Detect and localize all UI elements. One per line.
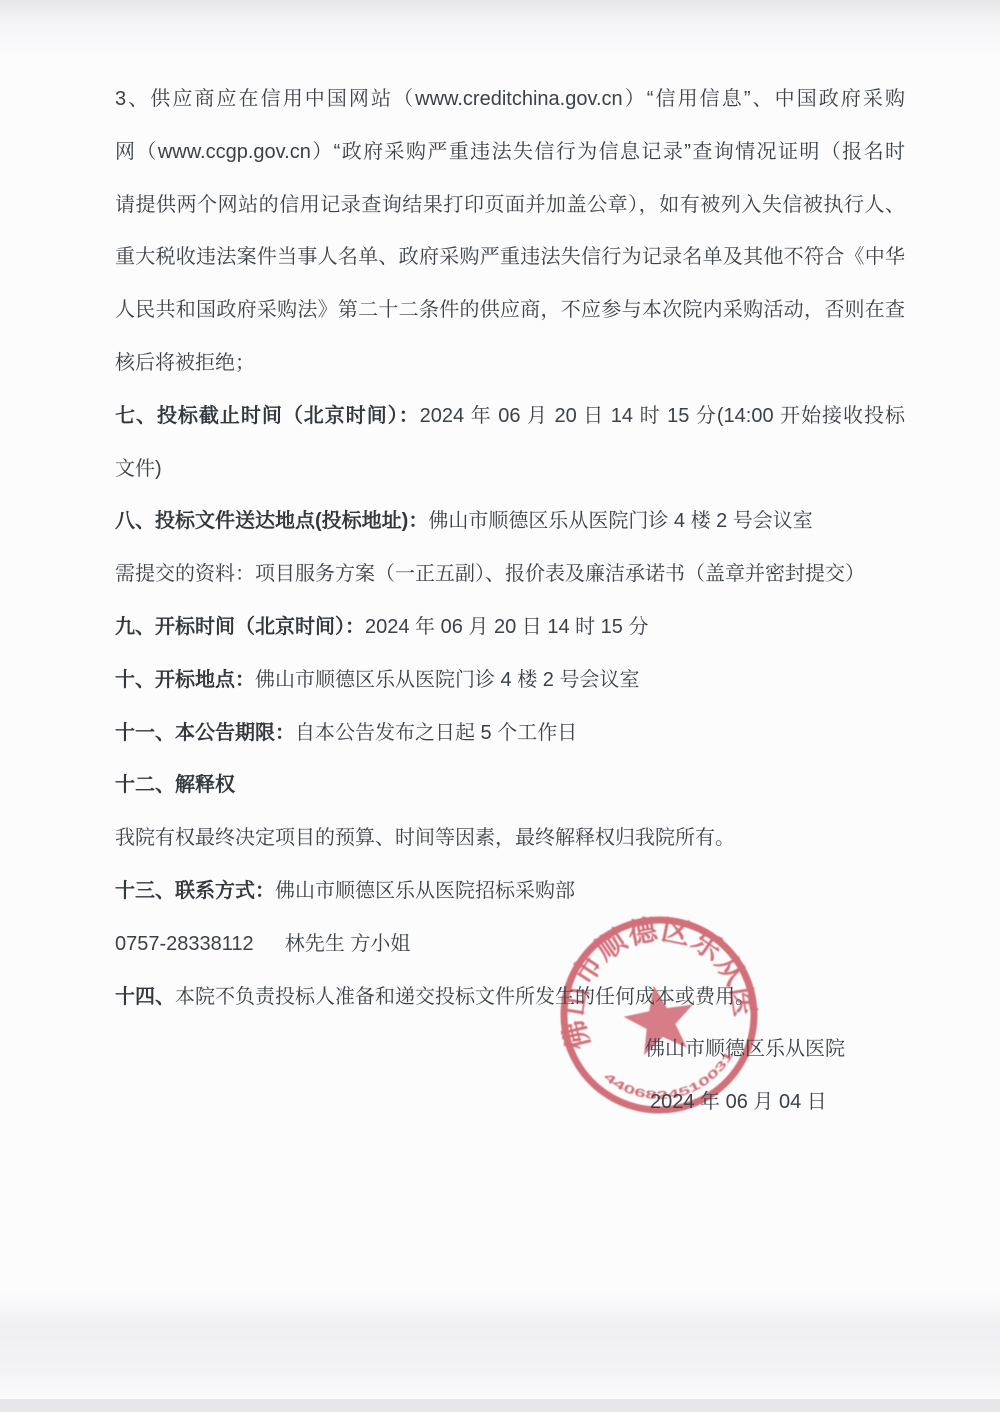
section-interpretation-label: 十二、解释权 xyxy=(115,774,235,796)
section-opening-time-value: 2024 年 06 月 20 日 14 时 15 分 xyxy=(365,616,649,638)
section-bid-deadline: 七、投标截止时间（北京时间）：2024 年 06 月 20 日 14 时 15 … xyxy=(115,390,905,443)
credit-clause-text: 3、供应商应在信用中国网站（www.creditchina.gov.cn）“信用… xyxy=(115,88,905,110)
section-opening-time: 九、开标时间（北京时间）：2024 年 06 月 20 日 14 时 15 分 xyxy=(115,601,905,654)
section-interpretation-body: 我院有权最终决定项目的预算、时间等因素，最终解释权归我院所有。 xyxy=(115,812,905,865)
section-interpretation-heading: 十二、解释权 xyxy=(115,759,905,812)
credit-clause-text: 请提供两个网站的信用记录查询结果打印页面并加盖公章），如有被列入失信被执行人、 xyxy=(115,194,905,216)
credit-clause-line-6: 核后将被拒绝； xyxy=(115,337,905,390)
document-body: 3、供应商应在信用中国网站（www.creditchina.gov.cn）“信用… xyxy=(115,73,905,1129)
scanned-document-page: 佛山市顺德区乐从医院 4406824510031 3、供应商应在信用中国网站（w… xyxy=(0,0,1000,1412)
section-opening-place-value: 佛山市顺德区乐从医院门诊 4 楼 2 号会议室 xyxy=(255,669,639,691)
section-notice-period-value: 自本公告发布之日起 5 个工作日 xyxy=(295,722,577,744)
credit-clause-line-5: 人民共和国政府采购法》第二十二条件的供应商，不应参与本次院内采购活动，否则在查 xyxy=(115,284,905,337)
section-bid-deadline-value: 2024 年 06 月 20 日 14 时 15 分(14:00 开始接收投标 xyxy=(420,405,905,427)
section-opening-time-label: 九、开标时间（北京时间）： xyxy=(115,616,365,638)
section-contact-value: 佛山市顺德区乐从医院招标采购部 xyxy=(275,880,575,902)
credit-clause-text: 人民共和国政府采购法》第二十二条件的供应商，不应参与本次院内采购活动，否则在查 xyxy=(115,299,905,321)
section-delivery-place-label: 八、投标文件送达地点(投标地址)： xyxy=(115,510,428,532)
section-opening-place: 十、开标地点：佛山市顺德区乐从医院门诊 4 楼 2 号会议室 xyxy=(115,654,905,707)
scan-edge-bottom-strip xyxy=(0,1399,1000,1412)
section-costs-label: 十四、 xyxy=(115,986,175,1008)
section-contact-label: 十三、联系方式： xyxy=(115,880,275,902)
section-bid-deadline-label: 七、投标截止时间（北京时间）： xyxy=(115,405,420,427)
signature-date-text: 2024 年 06 月 04 日 xyxy=(650,1091,827,1113)
scan-edge-bottom xyxy=(0,1290,1000,1398)
credit-clause-text: 网（www.ccgp.gov.cn）“政府采购严重违法失信行为信息记录”查询情况… xyxy=(115,141,905,163)
credit-clause-line-4: 重大税收违法案件当事人名单、政府采购严重违法失信行为记录名单及其他不符合《中华 xyxy=(115,231,905,284)
credit-clause-text: 重大税收违法案件当事人名单、政府采购严重违法失信行为记录名单及其他不符合《中华 xyxy=(115,246,905,268)
section-bid-deadline-value-cont: 文件) xyxy=(115,458,162,480)
scan-edge-top xyxy=(0,0,1000,58)
section-delivery-place-value: 佛山市顺德区乐从医院门诊 4 楼 2 号会议室 xyxy=(428,510,812,532)
credit-clause-line-1: 3、供应商应在信用中国网站（www.creditchina.gov.cn）“信用… xyxy=(115,73,905,126)
signature-org-text: 佛山市顺德区乐从医院 xyxy=(645,1038,845,1060)
credit-clause-text: 核后将被拒绝； xyxy=(115,352,255,374)
contact-phone-text: 0757-28338112 林先生 方小姐 xyxy=(115,933,410,955)
section-interpretation-text: 我院有权最终决定项目的预算、时间等因素，最终解释权归我院所有。 xyxy=(115,827,735,849)
section-contact: 十三、联系方式：佛山市顺德区乐从医院招标采购部 xyxy=(115,865,905,918)
section-notice-period: 十一、本公告期限：自本公告发布之日起 5 个工作日 xyxy=(115,707,905,760)
signature-date-line: 2024 年 06 月 04 日 xyxy=(115,1076,905,1129)
section-required-materials-text: 需提交的资料：项目服务方案（一正五副）、报价表及廉洁承诺书（盖章并密封提交） xyxy=(115,563,865,585)
section-delivery-place: 八、投标文件送达地点(投标地址)：佛山市顺德区乐从医院门诊 4 楼 2 号会议室 xyxy=(115,495,905,548)
section-costs-value: 本院不负责投标人准备和递交投标文件所发生的任何成本或费用。 xyxy=(175,986,755,1008)
contact-phone-line: 0757-28338112 林先生 方小姐 xyxy=(115,918,905,971)
signature-org-line: 佛山市顺德区乐从医院 xyxy=(115,1023,905,1076)
credit-clause-line-3: 请提供两个网站的信用记录查询结果打印页面并加盖公章），如有被列入失信被执行人、 xyxy=(115,179,905,232)
section-bid-deadline-cont: 文件) xyxy=(115,443,905,496)
section-costs: 十四、本院不负责投标人准备和递交投标文件所发生的任何成本或费用。 xyxy=(115,971,905,1024)
section-required-materials: 需提交的资料：项目服务方案（一正五副）、报价表及廉洁承诺书（盖章并密封提交） xyxy=(115,548,905,601)
credit-clause-line-2: 网（www.ccgp.gov.cn）“政府采购严重违法失信行为信息记录”查询情况… xyxy=(115,126,905,179)
section-notice-period-label: 十一、本公告期限： xyxy=(115,722,295,744)
section-opening-place-label: 十、开标地点： xyxy=(115,669,255,691)
